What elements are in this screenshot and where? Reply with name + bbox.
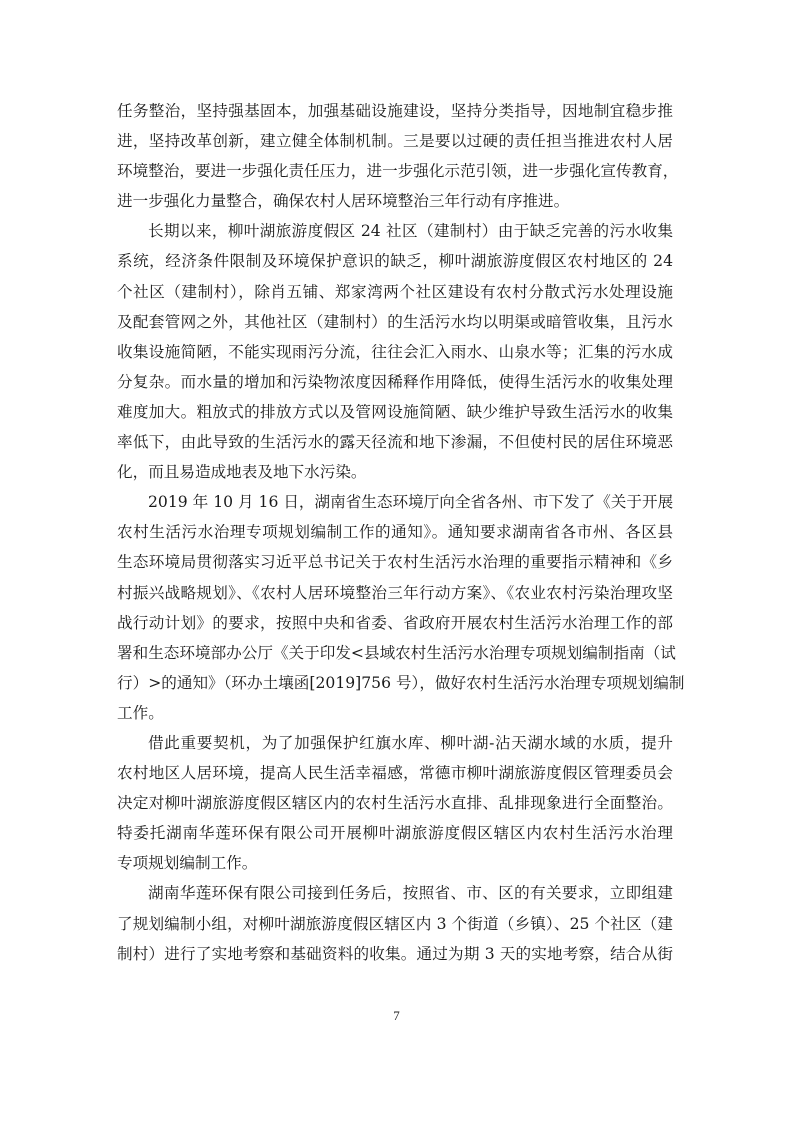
text-line: 村振兴战略规划》、《农村人居环境整治三年行动方案》、《农业农村污染治理攻坚: [117, 578, 673, 608]
text-line: 环境整治，要进一步强化责任压力，进一步强化示范引领，进一步强化宣传教育，: [117, 156, 673, 186]
text-line: 农村生活污水治理专项规划编制工作的通知》。通知要求湖南省各市州、各区县: [117, 517, 673, 547]
text-line: 长期以来，柳叶湖旅游度假区 24 社区（建制村）由于缺乏完善的污水收集: [117, 216, 673, 246]
text-line: 2019 年 10 月 16 日，湖南省生态环境厅向全省各州、市下发了《关于开展: [117, 487, 673, 517]
text-line: 了规划编制小组，对柳叶湖旅游度假区辖区内 3 个街道（乡镇）、25 个社区（建: [117, 909, 673, 939]
text-line: 进一步强化力量整合，确保农村人居环境整治三年行动有序推进。: [117, 186, 673, 216]
text-line: 及配套管网之外，其他社区（建制村）的生活污水均以明渠或暗管收集，且污水: [117, 307, 673, 337]
text-line: 工作。: [117, 698, 673, 728]
text-line: 进，坚持改革创新，建立健全体制机制。三是要以过硬的责任担当推进农村人居: [117, 126, 673, 156]
text-line: 决定对柳叶湖旅游度假区辖区内的农村生活污水直排、乱排现象进行全面整治。: [117, 788, 673, 818]
text-line: 特委托湖南华莲环保有限公司开展柳叶湖旅游度假区辖区内农村生活污水治理: [117, 818, 673, 848]
text-line: 湖南华莲环保有限公司接到任务后，按照省、市、区的有关要求，立即组建: [117, 878, 673, 908]
text-line: 战行动计划》的要求，按照中央和省委、省政府开展农村生活污水治理工作的部: [117, 608, 673, 638]
paragraph-2: 长期以来，柳叶湖旅游度假区 24 社区（建制村）由于缺乏完善的污水收集 系统，经…: [117, 216, 673, 487]
text-line: 行）>的通知》（环办土壤函[2019]756 号），做好农村生活污水治理专项规划…: [117, 668, 673, 698]
text-line: 署和生态环境部办公厅《关于印发<县域农村生活污水治理专项规划编制指南（试: [117, 638, 673, 668]
document-body: 任务整治，坚持强基固本，加强基础设施建设，坚持分类指导，因地制宜稳步推 进，坚持…: [117, 96, 673, 969]
text-line: 任务整治，坚持强基固本，加强基础设施建设，坚持分类指导，因地制宜稳步推: [117, 96, 673, 126]
text-line: 个社区（建制村），除肖五铺、郑家湾两个社区建设有农村分散式污水处理设施: [117, 277, 673, 307]
paragraph-3: 2019 年 10 月 16 日，湖南省生态环境厅向全省各州、市下发了《关于开展…: [117, 487, 673, 728]
text-line: 系统，经济条件限制及环境保护意识的缺乏，柳叶湖旅游度假区农村地区的 24: [117, 246, 673, 276]
paragraph-1: 任务整治，坚持强基固本，加强基础设施建设，坚持分类指导，因地制宜稳步推 进，坚持…: [117, 96, 673, 216]
paragraph-4: 借此重要契机，为了加强保护红旗水库、柳叶湖-沾天湖水域的水质，提升 农村地区人居…: [117, 728, 673, 878]
text-line: 生态环境局贯彻落实习近平总书记关于农村生活污水治理的重要指示精神和《乡: [117, 547, 673, 577]
text-line: 专项规划编制工作。: [117, 848, 673, 878]
text-line: 收集设施简陋，不能实现雨污分流，往往会汇入雨水、山泉水等；汇集的污水成: [117, 337, 673, 367]
text-line: 难度加大。粗放式的排放方式以及管网设施简陋、缺少维护导致生活污水的收集: [117, 397, 673, 427]
text-line: 制村）进行了实地考察和基础资料的收集。通过为期 3 天的实地考察，结合从街: [117, 939, 673, 969]
paragraph-5: 湖南华莲环保有限公司接到任务后，按照省、市、区的有关要求，立即组建 了规划编制小…: [117, 878, 673, 968]
text-line: 分复杂。而水量的增加和污染物浓度因稀释作用降低，使得生活污水的收集处理: [117, 367, 673, 397]
page-number: 7: [0, 1008, 793, 1024]
text-line: 农村地区人居环境，提高人民生活幸福感，常德市柳叶湖旅游度假区管理委员会: [117, 758, 673, 788]
text-line: 率低下，由此导致的生活污水的露天径流和地下渗漏，不但使村民的居住环境恶: [117, 427, 673, 457]
text-line: 借此重要契机，为了加强保护红旗水库、柳叶湖-沾天湖水域的水质，提升: [117, 728, 673, 758]
text-line: 化，而且易造成地表及地下水污染。: [117, 457, 673, 487]
